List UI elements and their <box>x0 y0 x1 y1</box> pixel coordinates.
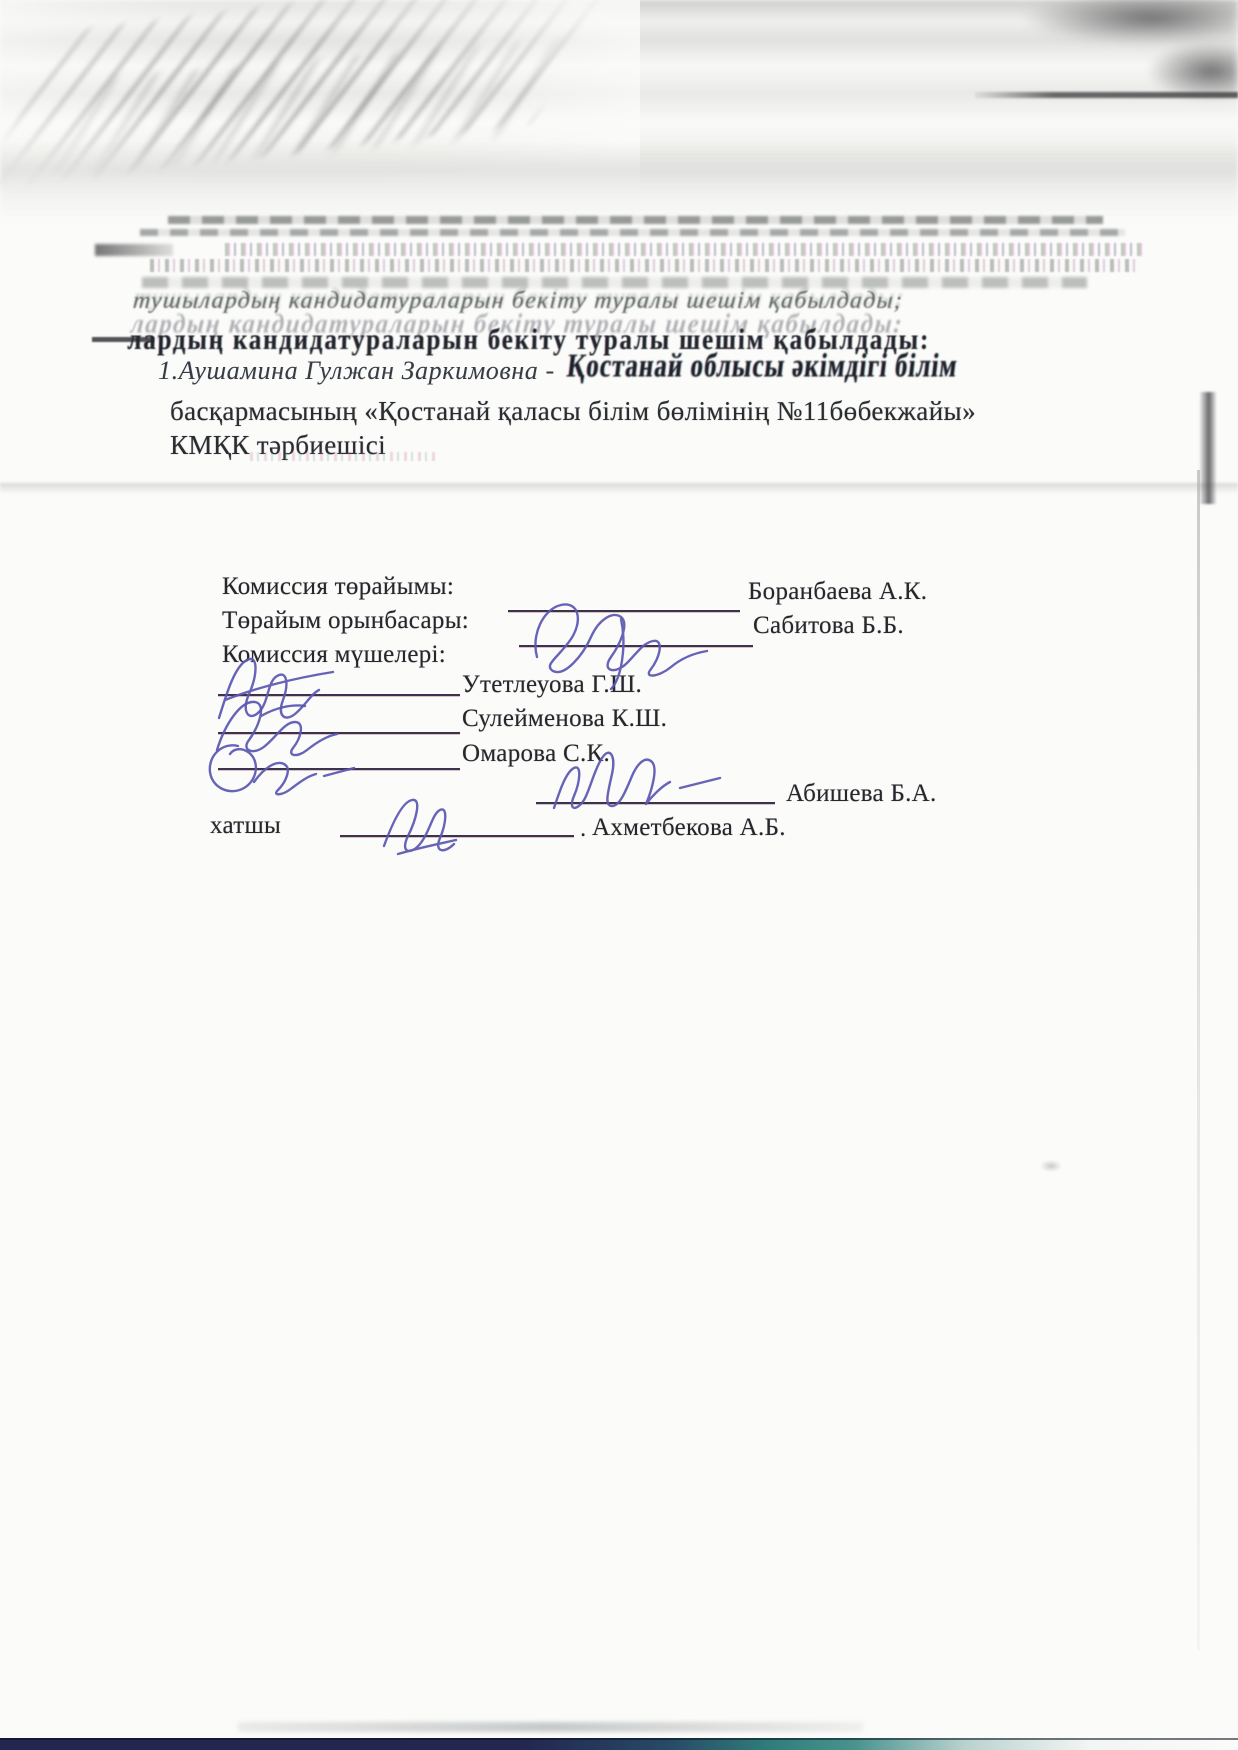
row-deputy-label: Төрайым орынбасары: <box>222 607 469 635</box>
row-secretary-label: хатшы <box>210 812 281 840</box>
body-text-line-1: басқармасының «Қостанай қаласы білім бөл… <box>170 396 1110 427</box>
row-member4-name: Абишева Б.А. <box>786 780 937 808</box>
scan-blob-top-right <box>1020 0 1238 44</box>
scan-smeared-text-line-2 <box>140 229 1125 236</box>
scan-faint-smudge <box>1040 1160 1062 1172</box>
scan-dash-smudge <box>92 337 154 342</box>
scan-band-middle <box>0 142 1238 220</box>
row-chair-label: Комиссия төрайымы: <box>222 573 454 601</box>
list-item-1: 1.Аушамина Гулжан Заркимовна -Қостанай о… <box>158 356 1158 386</box>
scan-smeared-text-line-1 <box>168 216 1103 224</box>
signature-sabitova-ink <box>525 595 725 695</box>
signature-omarova-ink <box>198 728 363 808</box>
page-edge-shadow <box>1200 392 1216 504</box>
scan-ghost-line <box>142 277 1087 288</box>
signature-akhmetbekova-ink <box>368 788 478 863</box>
signature-abisheva-ink <box>540 748 740 823</box>
scan-streak-right <box>975 92 1238 98</box>
scan-color-specks <box>250 452 435 461</box>
row-chair-name: Боранбаева А.К. <box>748 578 927 606</box>
scanner-edge-strip <box>0 1738 1238 1750</box>
scan-noise-band-2 <box>150 259 1140 272</box>
scan-left-smudge <box>95 244 173 256</box>
row-deputy-name: Сабитова Б.Б. <box>753 612 904 640</box>
scan-noise-band-1 <box>225 243 1145 256</box>
list-item-1-name: 1.Аушамина Гулжан Заркимовна - <box>158 356 555 385</box>
scan-bottom-smear <box>238 1722 863 1732</box>
scan-faint-band <box>0 483 1238 493</box>
page-edge-line <box>1197 470 1200 1650</box>
row-member2-name: Сулейменова К.Ш. <box>462 705 667 733</box>
list-item-1-distorted-text: Қостанай облысы әкімдігі білім <box>565 348 960 386</box>
